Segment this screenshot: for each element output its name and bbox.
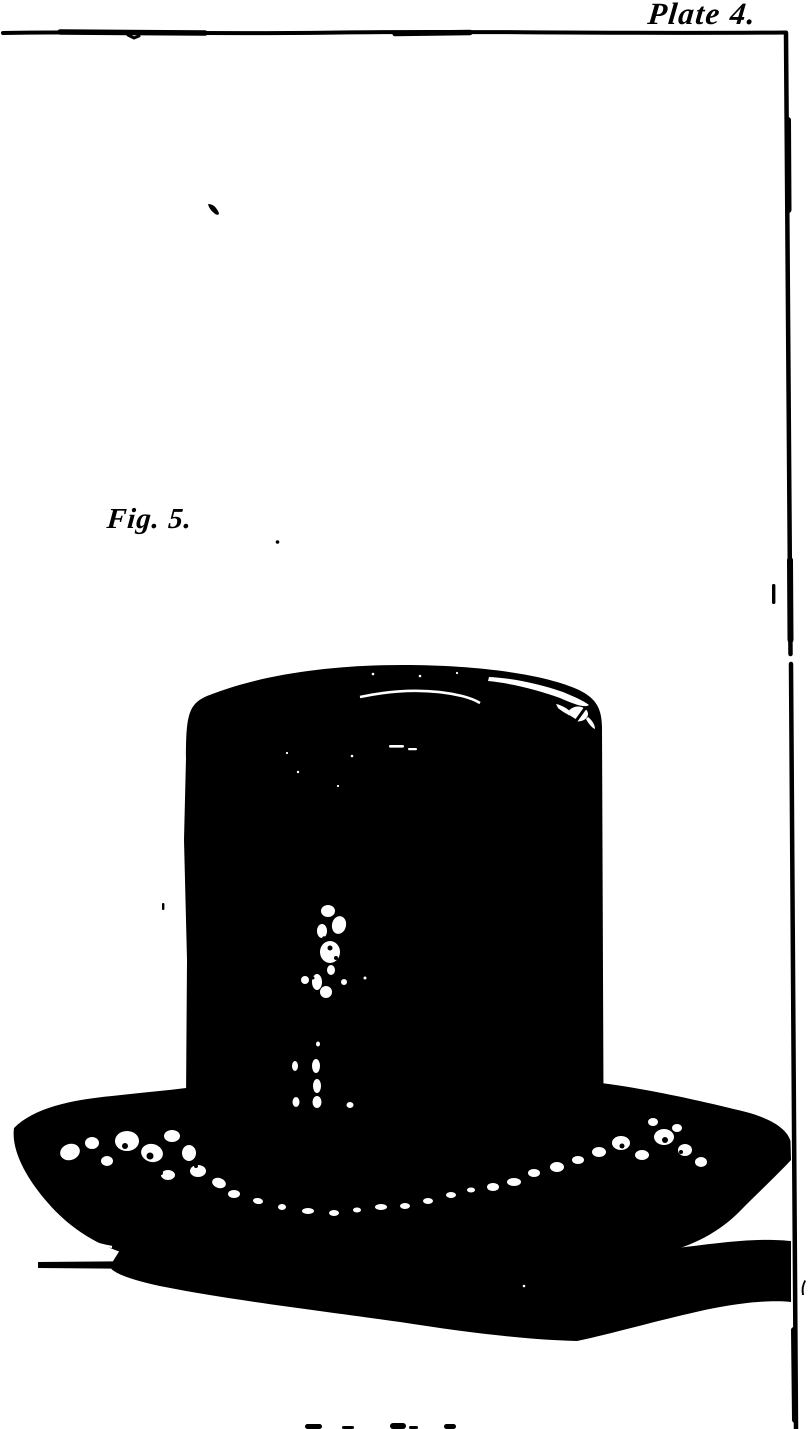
caption-cropped-marks xyxy=(305,1423,456,1429)
shadow-pinhole xyxy=(523,1285,526,1288)
ink-speck-upper-left xyxy=(208,204,219,215)
ink-tick-right-margin xyxy=(772,584,775,604)
plate-label: Plate 4. xyxy=(646,0,809,32)
plate-engraving xyxy=(0,0,809,1429)
ink-speck-mid-left xyxy=(162,903,164,910)
ink-speck-after-figure-label xyxy=(276,540,280,544)
figure-label: Fig. 5. xyxy=(106,503,194,536)
vessel-cylinder xyxy=(184,665,604,1108)
figure-illustration xyxy=(14,665,791,1429)
ink-tick-lower-right xyxy=(802,1280,806,1295)
scanned-plate-page: Plate 4. Fig. 5. xyxy=(0,0,809,1429)
